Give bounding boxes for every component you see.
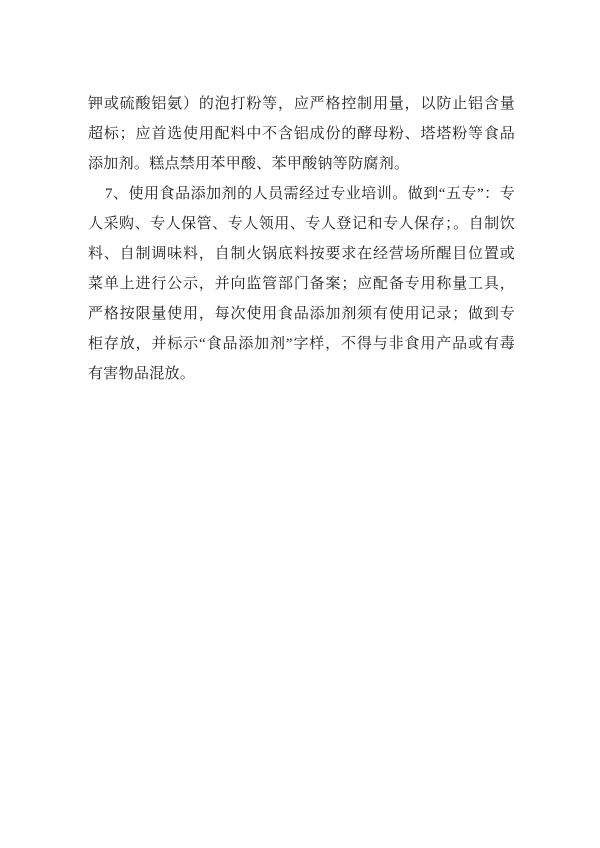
page-body-text: 钾或硫酸铝氨）的泡打粉等，应严格控制用量，以防止铝含量超标；应首选使用配料中不含… [88, 89, 515, 389]
paragraph-continuation: 钾或硫酸铝氨）的泡打粉等，应严格控制用量，以防止铝含量超标；应首选使用配料中不含… [88, 89, 515, 179]
document-page: 钾或硫酸铝氨）的泡打粉等，应严格控制用量，以防止铝含量超标；应首选使用配料中不含… [0, 0, 600, 848]
paragraph-item-7: 7、使用食品添加剂的人员需经过专业培训。做到“五专”：专人采购、专人保管、专人领… [88, 179, 515, 389]
